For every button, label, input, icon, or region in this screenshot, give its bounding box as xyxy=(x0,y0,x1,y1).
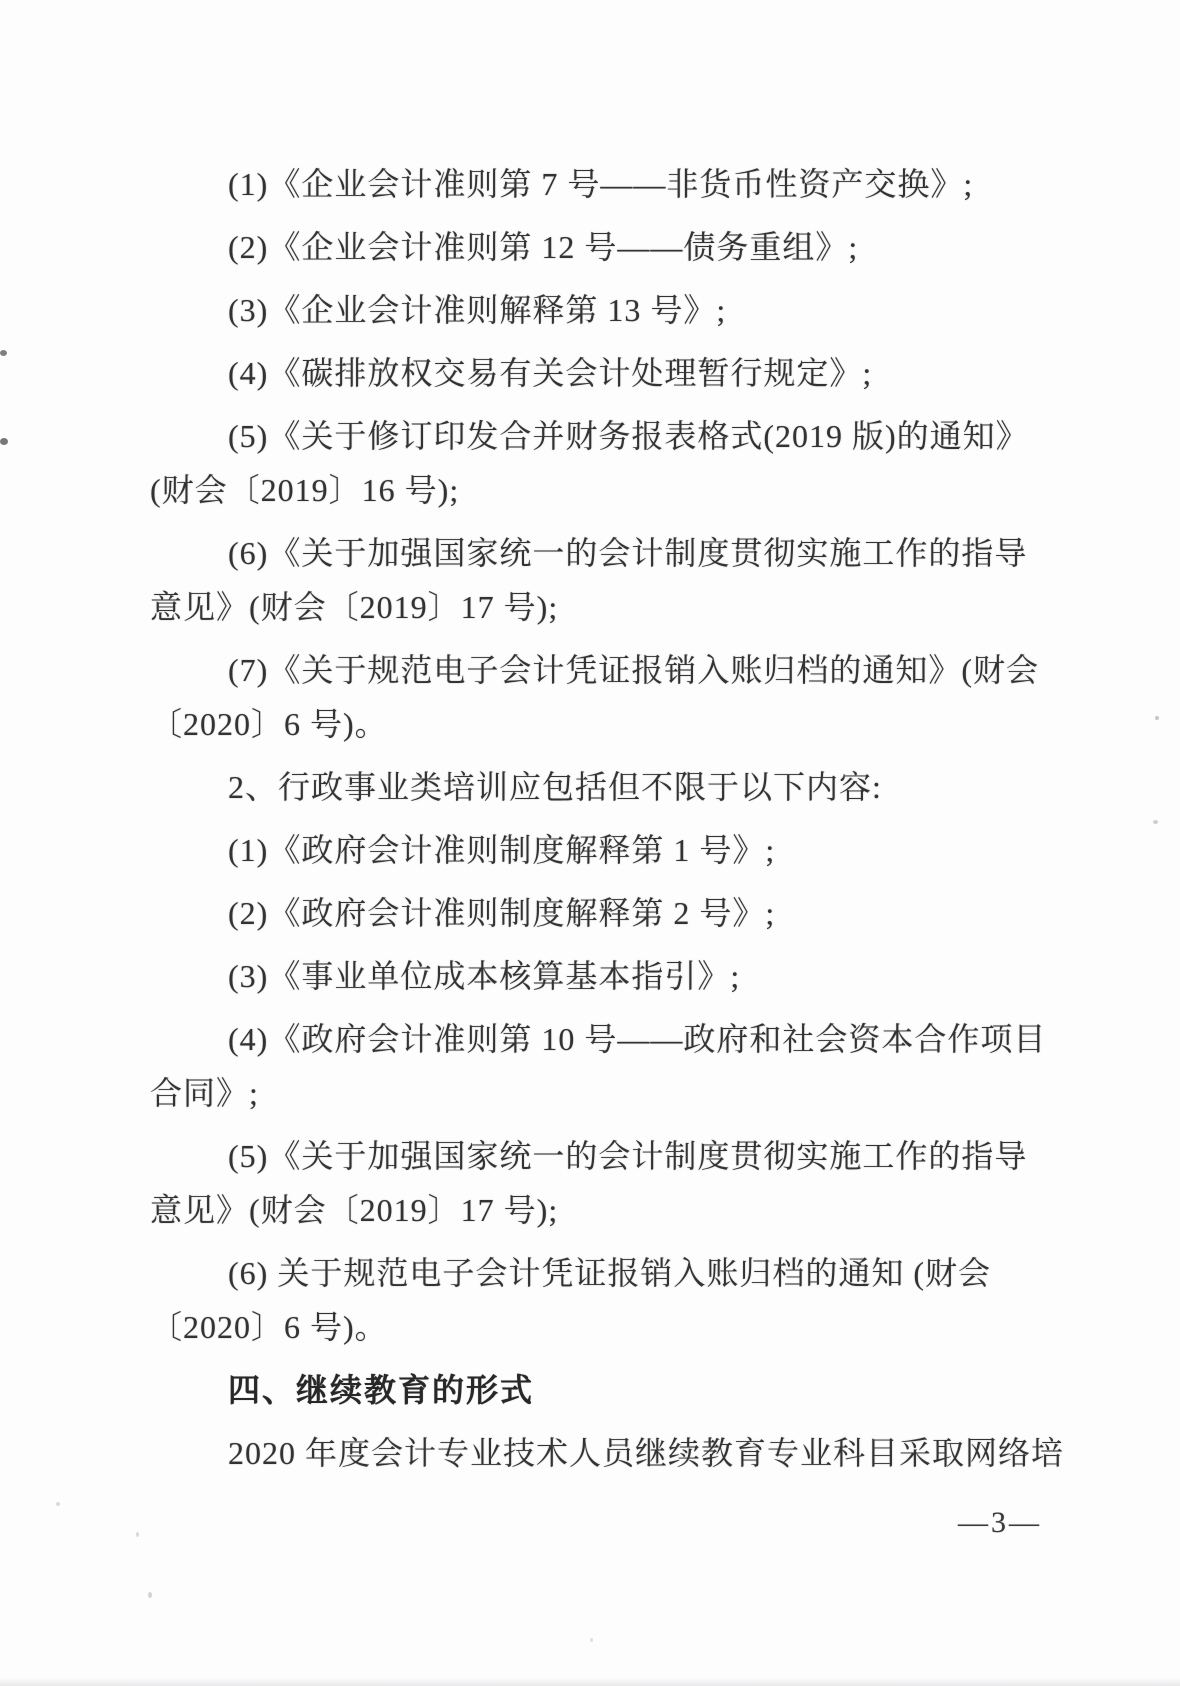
text-line: (7)《关于规范电子会计凭证报销入账归档的通知》(财会 xyxy=(150,643,1055,697)
scan-speck xyxy=(136,1532,139,1537)
text-line: (5)《关于加强国家统一的会计制度贯彻实施工作的指导 xyxy=(150,1129,1055,1183)
section-heading: 四、继续教育的形式 xyxy=(150,1363,1055,1417)
scan-speck xyxy=(0,438,8,445)
text-line: (2)《企业会计准则第 12 号——债务重组》; xyxy=(150,220,1055,274)
scan-speck xyxy=(56,1502,60,1506)
text-line: 〔2020〕6 号)。 xyxy=(150,697,1055,751)
scanned-document-page: (1)《企业会计准则第 7 号——非货币性资产交换》; (2)《企业会计准则第 … xyxy=(0,0,1180,1686)
text-line: 意见》(财会〔2019〕17 号); xyxy=(150,580,1055,634)
text-line: 2020 年度会计专业技术人员继续教育专业科目采取网络培 xyxy=(150,1426,1055,1480)
scan-speck xyxy=(1153,820,1158,824)
text-line: (2)《政府会计准则制度解释第 2 号》; xyxy=(150,886,1055,940)
scan-speck xyxy=(0,350,7,356)
text-line: (4)《政府会计准则第 10 号——政府和社会资本合作项目 xyxy=(150,1012,1055,1066)
text-line: (6)《关于加强国家统一的会计制度贯彻实施工作的指导 xyxy=(150,526,1055,580)
list-intro-line: 2、行政事业类培训应包括但不限于以下内容: xyxy=(150,760,1055,814)
text-line: (4)《碳排放权交易有关会计处理暂行规定》; xyxy=(150,346,1055,400)
text-line: 意见》(财会〔2019〕17 号); xyxy=(150,1183,1055,1237)
text-line: (3)《企业会计准则解释第 13 号》; xyxy=(150,283,1055,337)
text-line: (3)《事业单位成本核算基本指引》; xyxy=(150,949,1055,1003)
scan-speck xyxy=(148,1592,152,1598)
text-line: 合同》; xyxy=(150,1066,1055,1120)
page-number: —3— xyxy=(958,1506,1042,1540)
text-line: (6) 关于规范电子会计凭证报销入账归档的通知 (财会 xyxy=(150,1246,1055,1300)
scan-edge-shadow xyxy=(0,1677,1180,1686)
document-body: (1)《企业会计准则第 7 号——非货币性资产交换》; (2)《企业会计准则第 … xyxy=(150,148,1055,1480)
scan-speck xyxy=(590,1638,593,1642)
text-line: (财会〔2019〕16 号); xyxy=(150,463,1055,517)
text-line: 〔2020〕6 号)。 xyxy=(150,1300,1055,1354)
text-line: (1)《企业会计准则第 7 号——非货币性资产交换》; xyxy=(150,157,1055,211)
text-line: (1)《政府会计准则制度解释第 1 号》; xyxy=(150,823,1055,877)
text-line: (5)《关于修订印发合并财务报表格式(2019 版)的通知》 xyxy=(150,409,1055,463)
scan-speck xyxy=(1155,716,1159,720)
